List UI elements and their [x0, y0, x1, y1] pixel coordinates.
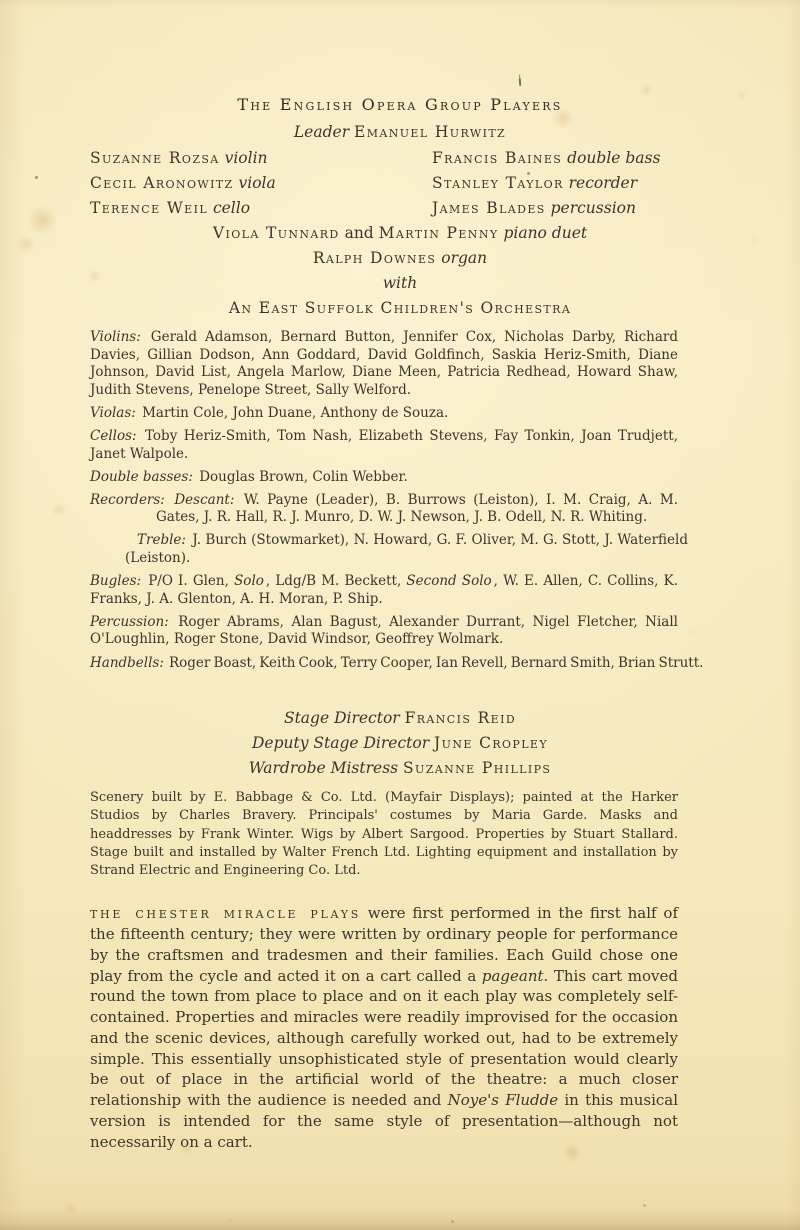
with-line: with: [0, 271, 800, 296]
text-segment: Douglas Brown, Colin Webber.: [199, 469, 408, 485]
text-segment: , Ldg/B M. Beckett,: [266, 573, 407, 589]
violas-list: Violas: Martin Cole, John Duane, Anthony…: [90, 405, 678, 423]
text-segment: Solo: [234, 573, 266, 589]
text-segment: P/O I. Glen,: [148, 573, 234, 589]
player-row: Cecil Aronowitz viola Stanley Taylor rec…: [0, 171, 800, 196]
player-entry-viola: Cecil Aronowitz viola: [90, 171, 276, 196]
text-segment: Second Solo: [406, 573, 493, 589]
text-segment: Martin Cole, John Duane, Anthony de Souz…: [142, 405, 448, 421]
text-segment: organ: [436, 249, 487, 267]
deputy-stage-director-line: Deputy Stage Director June Cropley: [0, 731, 800, 756]
text-segment: percussion: [546, 199, 636, 217]
wardrobe-mistress-line: Wardrobe Mistress Suzanne Phillips: [0, 756, 800, 781]
double-basses-list: Double basses: Douglas Brown, Colin Webb…: [90, 469, 678, 487]
text-segment: Emanuel Hurwitz: [354, 123, 506, 141]
text-segment: cello: [208, 199, 250, 217]
player-entry-double-bass: Francis Baines double bass: [432, 146, 660, 171]
text-segment: Francis Baines: [432, 149, 562, 167]
text-segment: Roger Boast, Keith Cook, Terry Cooper, I…: [169, 655, 703, 671]
text-segment: Double basses:: [90, 469, 199, 485]
handbells-list: Handbells: Roger Boast, Keith Cook, Terr…: [90, 655, 678, 673]
text-segment: Descant:: [174, 492, 244, 508]
recorders-descant-list: Recorders: Descant: W. Payne (Leader), B…: [90, 492, 678, 527]
stage-director-line: Stage Director Francis Reid: [0, 706, 800, 731]
text-segment: viola: [234, 174, 276, 192]
principal-players: Suzanne Rozsa violin Francis Baines doub…: [0, 146, 800, 221]
text-segment: Suzanne Rozsa: [90, 149, 220, 167]
player-entry-cello: Terence Weil cello: [90, 196, 250, 221]
player-entry-percussion: James Blades percussion: [432, 196, 636, 221]
text-segment: J. Burch (Stowmarket), N. Howard, G. F. …: [125, 532, 688, 566]
text-segment: Bugles:: [90, 573, 148, 589]
text-segment: and: [340, 224, 379, 242]
text-segment: June Cropley: [434, 734, 548, 752]
programme-page: The English Opera Group Players Leader E…: [0, 0, 800, 1230]
orchestra-lists: Violins: Gerald Adamson, Bernard Button,…: [90, 329, 678, 672]
text-segment: Terence Weil: [90, 199, 208, 217]
cellos-list: Cellos: Toby Heriz-Smith, Tom Nash, Eliz…: [90, 428, 678, 463]
player-entry-recorder: Stanley Taylor recorder: [432, 171, 637, 196]
violins-list: Violins: Gerald Adamson, Bernard Button,…: [90, 329, 678, 399]
bugles-list: Bugles: P/O I. Glen, Solo, Ldg/B M. Beck…: [90, 573, 678, 608]
text-segment: Cecil Aronowitz: [90, 174, 234, 192]
text-segment: violin: [220, 149, 268, 167]
percussion-list: Percussion: Roger Abrams, Alan Bagust, A…: [90, 614, 678, 649]
text-segment: Violins:: [90, 329, 151, 345]
text-segment: recorder: [564, 174, 637, 192]
text-segment: Gerald Adamson, Bernard Button, Jennifer…: [90, 329, 678, 398]
text-segment: Ralph Downes: [313, 249, 437, 267]
text-segment: Suzanne Phillips: [403, 759, 551, 777]
leader-line: Leader Emanuel Hurwitz: [0, 121, 800, 143]
text-segment: Martin Penny: [379, 224, 499, 242]
recorders-treble-list: Treble: J. Burch (Stowmarket), N. Howard…: [125, 532, 688, 567]
text-segment: THE CHESTER MIRACLE PLAYS: [90, 904, 361, 922]
page-title: The English Opera Group Players: [0, 94, 800, 116]
text-segment: Treble:: [137, 532, 192, 548]
piano-duet-line: Viola Tunnard and Martin Penny piano due…: [0, 221, 800, 246]
text-segment: Stanley Taylor: [432, 174, 564, 192]
programme-content: The English Opera Group Players Leader E…: [0, 0, 800, 1230]
player-entry-violin: Suzanne Rozsa violin: [90, 146, 268, 171]
production-staff: Stage Director Francis Reid Deputy Stage…: [0, 706, 800, 781]
text-segment: pageant: [482, 967, 544, 985]
text-segment: double bass: [562, 149, 660, 167]
player-row: Suzanne Rozsa violin Francis Baines doub…: [0, 146, 800, 171]
text-segment: Handbells:: [90, 655, 169, 671]
organ-line: Ralph Downes organ: [0, 246, 800, 271]
chester-miracle-plays-note: THE CHESTER MIRACLE PLAYS were first per…: [90, 903, 678, 1153]
text-segment: Recorders:: [90, 492, 174, 508]
text-segment: Deputy Stage Director: [252, 734, 434, 752]
orchestra-title: An East Suffolk Children's Orchestra: [0, 296, 800, 321]
player-row: Terence Weil cello James Blades percussi…: [0, 196, 800, 221]
text-segment: Toby Heriz-Smith, Tom Nash, Elizabeth St…: [90, 428, 678, 462]
text-segment: Leader: [294, 123, 354, 141]
text-segment: Francis Reid: [405, 709, 516, 727]
text-segment: Percussion:: [90, 614, 178, 630]
text-segment: Stage Director: [284, 709, 405, 727]
text-segment: Wardrobe Mistress: [249, 759, 403, 777]
text-segment: Violas:: [90, 405, 142, 421]
text-segment: Roger Abrams, Alan Bagust, Alexander Dur…: [90, 614, 678, 648]
text-segment: Cellos:: [90, 428, 145, 444]
text-segment: Viola Tunnard: [213, 224, 340, 242]
text-segment: Noye's Fludde: [448, 1091, 559, 1109]
text-segment: piano duet: [499, 224, 588, 242]
text-segment: . This cart moved round the town from pl…: [90, 967, 678, 1110]
production-credits: Scenery built by E. Babbage & Co. Ltd. (…: [90, 789, 678, 880]
text-segment: James Blades: [432, 199, 546, 217]
